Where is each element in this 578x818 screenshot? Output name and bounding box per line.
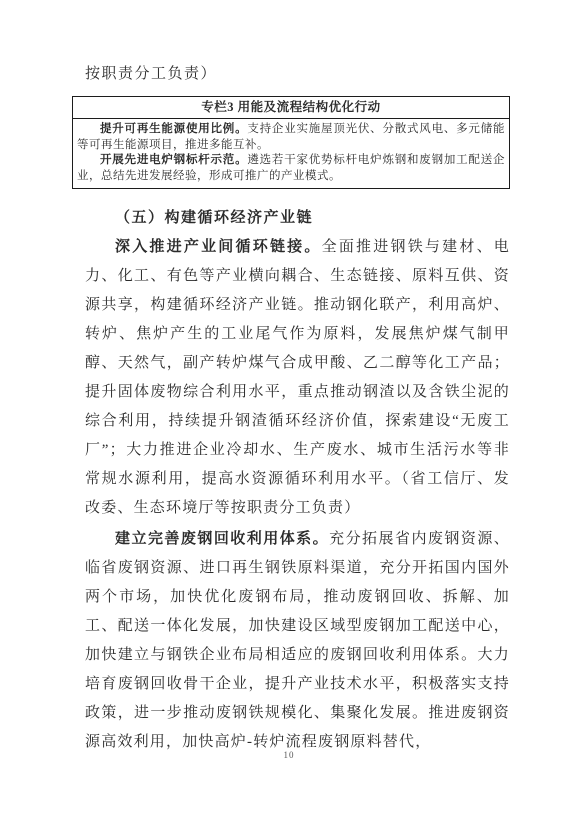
callout-item-lead: 提升可再生能源使用比例。	[100, 123, 247, 135]
callout-box-item: 提升可再生能源使用比例。支持企业实施屋顶光伏、分散式风电、多元储能等可再生能源项…	[77, 122, 505, 153]
body-paragraph: 深入推进产业间循环链接。全面推进钢铁与建材、电力、化工、有色等产业横向耦合、生态…	[85, 233, 510, 523]
callout-box-title: 专栏3 用能及流程结构优化行动	[73, 97, 509, 119]
page-number: 10	[0, 750, 578, 760]
body-paragraph: 建立完善废钢回收利用体系。充分拓展省内废钢资源、临省废钢资源、进口再生钢铁原料渠…	[85, 525, 510, 757]
callout-box-body: 提升可再生能源使用比例。支持企业实施屋顶光伏、分散式风电、多元储能等可再生能源项…	[73, 119, 509, 188]
paragraph-lead: 深入推进产业间循环链接。	[115, 239, 322, 255]
document-page: 按职责分工负责） 专栏3 用能及流程结构优化行动 提升可再生能源使用比例。支持企…	[0, 0, 578, 818]
paragraph-text: 充分拓展省内废钢资源、临省废钢资源、进口再生钢铁原料渠道，充分开拓国内国外两个市…	[85, 531, 510, 750]
callout-item-lead: 开展先进电炉钢标杆示范。	[100, 154, 247, 166]
callout-box-item: 开展先进电炉钢标杆示范。遴选若干家优势标杆电炉炼钢和废钢加工配送企业，总结先进发…	[77, 153, 505, 184]
paragraph-continuation: 按职责分工负责）	[85, 62, 510, 86]
paragraph-text: 全面推进钢铁与建材、电力、化工、有色等产业横向耦合、生态链接、原料互供、资源共享…	[85, 239, 510, 516]
callout-box-special-column-3: 专栏3 用能及流程结构优化行动 提升可再生能源使用比例。支持企业实施屋顶光伏、分…	[72, 96, 510, 189]
paragraph-lead: 建立完善废钢回收利用体系。	[115, 531, 329, 547]
section-heading: （五）构建循环经济产业链	[85, 205, 510, 231]
